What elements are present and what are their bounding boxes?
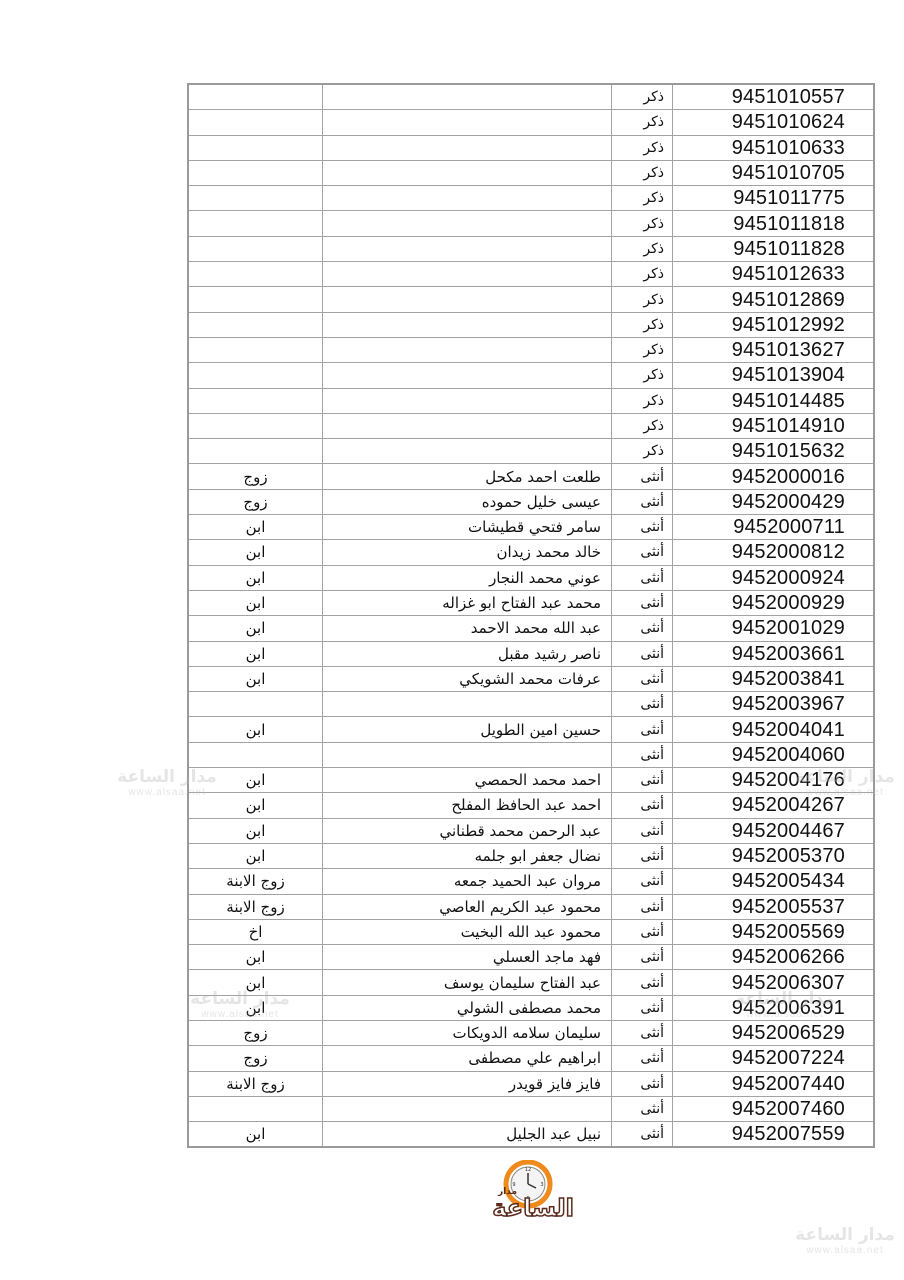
watermark-url: www.alsaa.net — [790, 1245, 900, 1256]
id-cell: 9451010633 — [673, 135, 875, 160]
gender-cell: أنثى — [612, 995, 673, 1020]
gender-cell: أنثى — [612, 464, 673, 489]
gender-cell: أنثى — [612, 692, 673, 717]
relation-cell — [188, 1096, 323, 1121]
relation-cell — [188, 388, 323, 413]
id-cell: 9452006529 — [673, 1020, 875, 1045]
relation-cell — [188, 236, 323, 261]
name-cell: محمود عبد الله البخيت — [323, 919, 612, 944]
table-row: ذكر9451010633 — [188, 135, 874, 160]
gender-cell: أنثى — [612, 919, 673, 944]
name-cell: حسين امين الطويل — [323, 717, 612, 742]
table-row: ابناحمد عبد الحافظ المفلحأنثى9452004267 — [188, 793, 874, 818]
name-cell — [323, 287, 612, 312]
name-cell: طلعت احمد مكحل — [323, 464, 612, 489]
id-cell: 9452006391 — [673, 995, 875, 1020]
id-cell: 9452000429 — [673, 489, 875, 514]
relation-cell: ابن — [188, 515, 323, 540]
relation-cell — [188, 312, 323, 337]
id-cell: 9452004176 — [673, 768, 875, 793]
relation-cell — [188, 413, 323, 438]
table-row: ذكر9451011828 — [188, 236, 874, 261]
relation-cell: زوج — [188, 464, 323, 489]
table-row: ابنمحمد مصطفى الشوليأنثى9452006391 — [188, 995, 874, 1020]
gender-cell: أنثى — [612, 717, 673, 742]
id-cell: 9452000711 — [673, 515, 875, 540]
relation-cell — [188, 692, 323, 717]
table-row: ذكر9451011818 — [188, 211, 874, 236]
name-cell: خالد محمد زيدان — [323, 540, 612, 565]
table-row: ذكر9451010557 — [188, 84, 874, 110]
relation-cell — [188, 160, 323, 185]
gender-cell: ذكر — [612, 262, 673, 287]
id-cell: 9452000016 — [673, 464, 875, 489]
relation-cell: ابن — [188, 616, 323, 641]
relation-cell: ابن — [188, 1122, 323, 1148]
site-logo: 12 3 6 9 الساعة مدار — [478, 1160, 588, 1220]
table-row: زوجطلعت احمد مكحلأنثى9452000016 — [188, 464, 874, 489]
gender-cell: ذكر — [612, 110, 673, 135]
id-cell: 9452000924 — [673, 565, 875, 590]
table-row: ذكر9451015632 — [188, 439, 874, 464]
name-cell: عبد الله محمد الاحمد — [323, 616, 612, 641]
table-row: أنثى9452004060 — [188, 742, 874, 767]
table-row: ذكر9451012869 — [188, 287, 874, 312]
relation-cell: ابن — [188, 793, 323, 818]
id-cell: 9451011818 — [673, 211, 875, 236]
id-cell: 9452005370 — [673, 843, 875, 868]
records-table: ذكر9451010557ذكر9451010624ذكر9451010633ذ… — [187, 83, 875, 1148]
id-cell: 9452005537 — [673, 894, 875, 919]
relation-cell: ابن — [188, 641, 323, 666]
name-cell — [323, 236, 612, 261]
relation-cell: زوج — [188, 489, 323, 514]
relation-cell — [188, 110, 323, 135]
id-cell: 9452004267 — [673, 793, 875, 818]
records-table-body: ذكر9451010557ذكر9451010624ذكر9451010633ذ… — [188, 84, 874, 1147]
id-cell: 9452006266 — [673, 945, 875, 970]
name-cell — [323, 1096, 612, 1121]
name-cell: نبيل عبد الجليل — [323, 1122, 612, 1148]
id-cell: 9451014485 — [673, 388, 875, 413]
id-cell: 9452007440 — [673, 1071, 875, 1096]
relation-cell: زوج الابنة — [188, 869, 323, 894]
gender-cell: أنثى — [612, 590, 673, 615]
relation-cell — [188, 211, 323, 236]
relation-cell: ابن — [188, 818, 323, 843]
id-cell: 9452005434 — [673, 869, 875, 894]
name-cell: محمد عبد الفتاح ابو غزاله — [323, 590, 612, 615]
name-cell — [323, 312, 612, 337]
gender-cell: أنثى — [612, 1071, 673, 1096]
relation-cell: ابن — [188, 590, 323, 615]
table-row: اخمحمود عبد الله البخيتأنثى9452005569 — [188, 919, 874, 944]
table-row: ابنفهد ماجد العسليأنثى9452006266 — [188, 945, 874, 970]
gender-cell: ذكر — [612, 439, 673, 464]
name-cell: سليمان سلامه الدويكات — [323, 1020, 612, 1045]
document-page: ذكر9451010557ذكر9451010624ذكر9451010633ذ… — [0, 0, 904, 1280]
relation-cell: ابن — [188, 666, 323, 691]
name-cell: سامر فتحي قطيشات — [323, 515, 612, 540]
name-cell — [323, 363, 612, 388]
id-cell: 9451013904 — [673, 363, 875, 388]
name-cell: فهد ماجد العسلي — [323, 945, 612, 970]
table-row: ابنعبد الرحمن محمد قطنانيأنثى9452004467 — [188, 818, 874, 843]
name-cell — [323, 160, 612, 185]
relation-cell — [188, 287, 323, 312]
relation-cell — [188, 337, 323, 362]
relation-cell: ابن — [188, 565, 323, 590]
gender-cell: أنثى — [612, 1096, 673, 1121]
id-cell: 9451010557 — [673, 84, 875, 110]
table-row: ذكر9451013904 — [188, 363, 874, 388]
name-cell — [323, 413, 612, 438]
watermark-title: مدار الساعة — [790, 1226, 900, 1245]
name-cell: عبد الفتاح سليمان يوسف — [323, 970, 612, 995]
id-cell: 9451011775 — [673, 186, 875, 211]
relation-cell: زوج الابنة — [188, 1071, 323, 1096]
table-row: ابنعبد الفتاح سليمان يوسفأنثى9452006307 — [188, 970, 874, 995]
table-row: أنثى9452003967 — [188, 692, 874, 717]
name-cell — [323, 211, 612, 236]
relation-cell: ابن — [188, 970, 323, 995]
relation-cell — [188, 742, 323, 767]
name-cell: عيسى خليل حموده — [323, 489, 612, 514]
table-row: ابنسامر فتحي قطيشاتأنثى9452000711 — [188, 515, 874, 540]
table-row: زوجسليمان سلامه الدويكاتأنثى9452006529 — [188, 1020, 874, 1045]
name-cell — [323, 135, 612, 160]
relation-cell: ابن — [188, 768, 323, 793]
table-row: ابننضال جعفر ابو جلمهأنثى9452005370 — [188, 843, 874, 868]
gender-cell: أنثى — [612, 666, 673, 691]
table-row: ذكر9451011775 — [188, 186, 874, 211]
svg-text:12: 12 — [525, 1167, 531, 1173]
gender-cell: أنثى — [612, 616, 673, 641]
gender-cell: ذكر — [612, 84, 673, 110]
name-cell — [323, 742, 612, 767]
name-cell — [323, 186, 612, 211]
id-cell: 9452004467 — [673, 818, 875, 843]
name-cell — [323, 388, 612, 413]
table-row: ابنعرفات محمد الشويكيأنثى9452003841 — [188, 666, 874, 691]
svg-text:مدار: مدار — [497, 1187, 517, 1197]
table-row: ذكر9451010705 — [188, 160, 874, 185]
table-row: ابنناصر رشيد مقبلأنثى9452003661 — [188, 641, 874, 666]
id-cell: 9452003661 — [673, 641, 875, 666]
gender-cell: أنثى — [612, 641, 673, 666]
table-row: ابنعوني محمد النجارأنثى9452000924 — [188, 565, 874, 590]
name-cell: احمد عبد الحافظ المفلح — [323, 793, 612, 818]
relation-cell: ابن — [188, 945, 323, 970]
relation-cell — [188, 439, 323, 464]
id-cell: 9452003841 — [673, 666, 875, 691]
name-cell — [323, 439, 612, 464]
gender-cell: أنثى — [612, 869, 673, 894]
gender-cell: ذكر — [612, 413, 673, 438]
id-cell: 9451011828 — [673, 236, 875, 261]
id-cell: 9451012869 — [673, 287, 875, 312]
table-row: ذكر9451014910 — [188, 413, 874, 438]
name-cell — [323, 84, 612, 110]
relation-cell — [188, 363, 323, 388]
id-cell: 9451010705 — [673, 160, 875, 185]
id-cell: 9451012992 — [673, 312, 875, 337]
gender-cell: أنثى — [612, 768, 673, 793]
gender-cell: ذكر — [612, 211, 673, 236]
id-cell: 9452007460 — [673, 1096, 875, 1121]
relation-cell: زوج — [188, 1046, 323, 1071]
svg-text:الساعة: الساعة — [492, 1194, 574, 1220]
relation-cell — [188, 186, 323, 211]
name-cell: ناصر رشيد مقبل — [323, 641, 612, 666]
name-cell — [323, 262, 612, 287]
svg-text:6: 6 — [526, 1196, 529, 1202]
relation-cell — [188, 84, 323, 110]
gender-cell: ذكر — [612, 186, 673, 211]
id-cell: 9452003967 — [673, 692, 875, 717]
id-cell: 9451010624 — [673, 110, 875, 135]
relation-cell: ابن — [188, 995, 323, 1020]
gender-cell: أنثى — [612, 489, 673, 514]
id-cell: 9452007224 — [673, 1046, 875, 1071]
table-row: ابناحمد محمد الحمصيأنثى9452004176 — [188, 768, 874, 793]
name-cell — [323, 692, 612, 717]
relation-cell — [188, 135, 323, 160]
table-row: زوجابراهيم علي مصطفىأنثى9452007224 — [188, 1046, 874, 1071]
gender-cell: أنثى — [612, 818, 673, 843]
gender-cell: أنثى — [612, 742, 673, 767]
table-row: ذكر9451013627 — [188, 337, 874, 362]
gender-cell: أنثى — [612, 1020, 673, 1045]
gender-cell: ذكر — [612, 337, 673, 362]
gender-cell: أنثى — [612, 843, 673, 868]
id-cell: 9452006307 — [673, 970, 875, 995]
name-cell: محمود عبد الكريم العاصي — [323, 894, 612, 919]
gender-cell: أنثى — [612, 945, 673, 970]
gender-cell: أنثى — [612, 515, 673, 540]
name-cell: نضال جعفر ابو جلمه — [323, 843, 612, 868]
id-cell: 9452000812 — [673, 540, 875, 565]
id-cell: 9451013627 — [673, 337, 875, 362]
name-cell: فايز فايز قويدر — [323, 1071, 612, 1096]
relation-cell — [188, 262, 323, 287]
id-cell: 9452004060 — [673, 742, 875, 767]
svg-text:9: 9 — [512, 1182, 515, 1188]
name-cell: محمد مصطفى الشولي — [323, 995, 612, 1020]
gender-cell: أنثى — [612, 1122, 673, 1148]
gender-cell: أنثى — [612, 540, 673, 565]
name-cell: ابراهيم علي مصطفى — [323, 1046, 612, 1071]
clock-logo-icon: 12 3 6 9 الساعة مدار — [478, 1160, 588, 1220]
table-row: زوج الابنةمحمود عبد الكريم العاصيأنثى945… — [188, 894, 874, 919]
gender-cell: ذكر — [612, 363, 673, 388]
name-cell — [323, 110, 612, 135]
svg-text:3: 3 — [540, 1182, 543, 1188]
relation-cell: زوج — [188, 1020, 323, 1045]
gender-cell: ذكر — [612, 135, 673, 160]
table-row: ابنمحمد عبد الفتاح ابو غزالهأنثى94520009… — [188, 590, 874, 615]
table-row: ذكر9451012992 — [188, 312, 874, 337]
name-cell: احمد محمد الحمصي — [323, 768, 612, 793]
gender-cell: ذكر — [612, 312, 673, 337]
name-cell: عوني محمد النجار — [323, 565, 612, 590]
table-row: ذكر9451014485 — [188, 388, 874, 413]
id-cell: 9451014910 — [673, 413, 875, 438]
gender-cell: ذكر — [612, 236, 673, 261]
relation-cell: ابن — [188, 843, 323, 868]
id-cell: 9452000929 — [673, 590, 875, 615]
table-row: ابنحسين امين الطويلأنثى9452004041 — [188, 717, 874, 742]
gender-cell: أنثى — [612, 1046, 673, 1071]
table-row: زوج الابنةفايز فايز قويدرأنثى9452007440 — [188, 1071, 874, 1096]
name-cell — [323, 337, 612, 362]
table-row: ابنعبد الله محمد الاحمدأنثى9452001029 — [188, 616, 874, 641]
id-cell: 9452007559 — [673, 1122, 875, 1148]
gender-cell: ذكر — [612, 160, 673, 185]
relation-cell: اخ — [188, 919, 323, 944]
relation-cell: ابن — [188, 717, 323, 742]
table-row: ذكر9451010624 — [188, 110, 874, 135]
table-row: ابننبيل عبد الجليلأنثى9452007559 — [188, 1122, 874, 1148]
table-row: زوج الابنةمروان عبد الحميد جمعهأنثى94520… — [188, 869, 874, 894]
relation-cell: زوج الابنة — [188, 894, 323, 919]
id-cell: 9451015632 — [673, 439, 875, 464]
id-cell: 9452004041 — [673, 717, 875, 742]
gender-cell: أنثى — [612, 970, 673, 995]
table-row: ذكر9451012633 — [188, 262, 874, 287]
watermark-bottom-right: مدار الساعة www.alsaa.net — [790, 1226, 900, 1256]
gender-cell: أنثى — [612, 793, 673, 818]
id-cell: 9452001029 — [673, 616, 875, 641]
name-cell: مروان عبد الحميد جمعه — [323, 869, 612, 894]
gender-cell: أنثى — [612, 565, 673, 590]
id-cell: 9452005569 — [673, 919, 875, 944]
gender-cell: أنثى — [612, 894, 673, 919]
gender-cell: ذكر — [612, 388, 673, 413]
name-cell: عرفات محمد الشويكي — [323, 666, 612, 691]
table-row: أنثى9452007460 — [188, 1096, 874, 1121]
relation-cell: ابن — [188, 540, 323, 565]
table-row: ابنخالد محمد زيدانأنثى9452000812 — [188, 540, 874, 565]
name-cell: عبد الرحمن محمد قطناني — [323, 818, 612, 843]
gender-cell: ذكر — [612, 287, 673, 312]
id-cell: 9451012633 — [673, 262, 875, 287]
table-row: زوجعيسى خليل حمودهأنثى9452000429 — [188, 489, 874, 514]
